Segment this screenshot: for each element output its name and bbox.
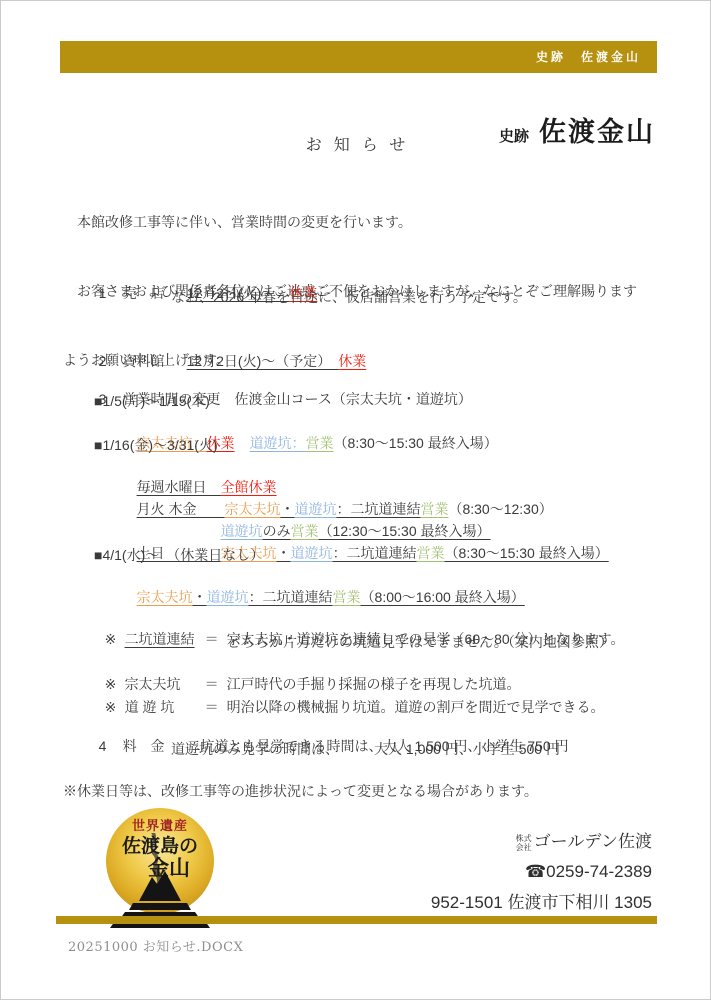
footer-filename: 20251000 お知らせ.DOCX xyxy=(68,936,243,955)
header-bar-label: 史跡 佐渡金山 xyxy=(536,50,641,64)
separator-dot: ・ xyxy=(193,589,207,605)
phone-number: 0259-74-2389 xyxy=(546,862,652,881)
company-info: 株式会社ゴールデン佐渡 ☎0259-74-2389 952-1501 佐渡市下相… xyxy=(431,827,652,913)
doyu-status: 営業 xyxy=(306,435,334,451)
period2-header: ■1/16(金)～3/31(火) xyxy=(94,435,218,455)
period3-header: ■4/1(水)～ （休業日なし） xyxy=(94,545,264,565)
note-term: 道 遊 坑 xyxy=(125,697,205,717)
fees-line-2: 道遊坑のみ見学の時間は、 大人 1,000 円、小学生 500 円 xyxy=(171,739,560,759)
linked-tour-text: ：二坑道連結 xyxy=(333,545,417,561)
note-mark: ※ xyxy=(105,629,125,649)
equals-sign: ＝ xyxy=(205,629,227,649)
footer-gold-bar xyxy=(56,916,657,924)
phone-row: ☎0259-74-2389 xyxy=(431,862,652,882)
item-number: 2 xyxy=(99,351,123,371)
header-gold-bar: 史跡 佐渡金山 xyxy=(60,41,657,73)
sotayu-name: 宗太夫坑 xyxy=(137,589,193,605)
item-label: 資料館 xyxy=(123,351,187,371)
mountain-base-step-1 xyxy=(129,903,191,910)
doyu-name: 道遊坑 xyxy=(291,545,333,561)
period1-header: ■1/5(月)～1/15(木) xyxy=(94,391,210,411)
logo-kinzan-text: 金山 xyxy=(148,855,190,880)
equals-sign: ＝ xyxy=(205,697,227,717)
open-text: 営業 xyxy=(417,545,445,561)
linked-tour-text: ：二坑道連結 xyxy=(249,589,333,605)
world-heritage-logo: 世界遺産 佐渡島の 金山 xyxy=(97,805,223,931)
open-text: 営業 xyxy=(333,589,361,605)
note-mark: ※ xyxy=(105,697,125,717)
phone-icon: ☎ xyxy=(525,862,546,881)
note-definition: 明治以降の機械掘り坑道。道遊の割戸を間近で見学できる。 xyxy=(227,699,605,715)
intro-line-1: 本館改修工事等に伴い、営業時間の変更を行います。 xyxy=(63,211,663,234)
corporation-prefix: 株式会社 xyxy=(516,834,532,852)
logo-sadoshima-text: 佐渡島の xyxy=(122,834,198,857)
company-address: 952-1501 佐渡市下相川 1305 xyxy=(431,888,652,913)
logo-graphic: 世界遺産 佐渡島の 金山 xyxy=(97,805,223,931)
separator-dot: ・ xyxy=(277,545,291,561)
weekend-hours: （8:30～15:30 最終入場） xyxy=(445,545,609,561)
item-number: 1 xyxy=(99,283,123,303)
closure-disclaimer: ※休業日等は、改修工事等の進捗状況によって変更となる場合があります。 xyxy=(63,781,538,801)
item-number: 4 xyxy=(99,736,123,756)
logo-world-heritage-text: 世界遺産 xyxy=(132,818,188,834)
company-name: ゴールデン佐渡 xyxy=(534,832,652,851)
document-title: 史跡佐渡金山 xyxy=(477,91,655,168)
note-term: 二坑道連結 xyxy=(125,631,195,647)
museum-closure-date: 12月2日(火)～（予定） xyxy=(187,353,339,369)
document-page: 史跡 佐渡金山 史跡佐渡金山 お知らせ 本館改修工事等に伴い、営業時間の変更を行… xyxy=(0,0,711,1000)
museum-closure-status: 休業 xyxy=(338,353,366,369)
period1-hours: （8:30～15:30 最終入場） xyxy=(334,435,498,451)
doyu-name: 道遊坑 xyxy=(207,589,249,605)
notice-heading: お知らせ xyxy=(1,132,710,155)
shop-closure-note: なお、2026 年春を目途に、仮店舗営業を行う予定です。 xyxy=(171,287,527,307)
note-linked-tunnels-cont: どちらか片方だけの坑道見学はできません。（案内地図参照） xyxy=(227,632,613,652)
doyu-label: 道遊坑： xyxy=(250,435,306,451)
company-name-row: 株式会社ゴールデン佐渡 xyxy=(431,827,652,852)
period3-hours: （8:00～16:00 最終入場） xyxy=(361,589,525,605)
